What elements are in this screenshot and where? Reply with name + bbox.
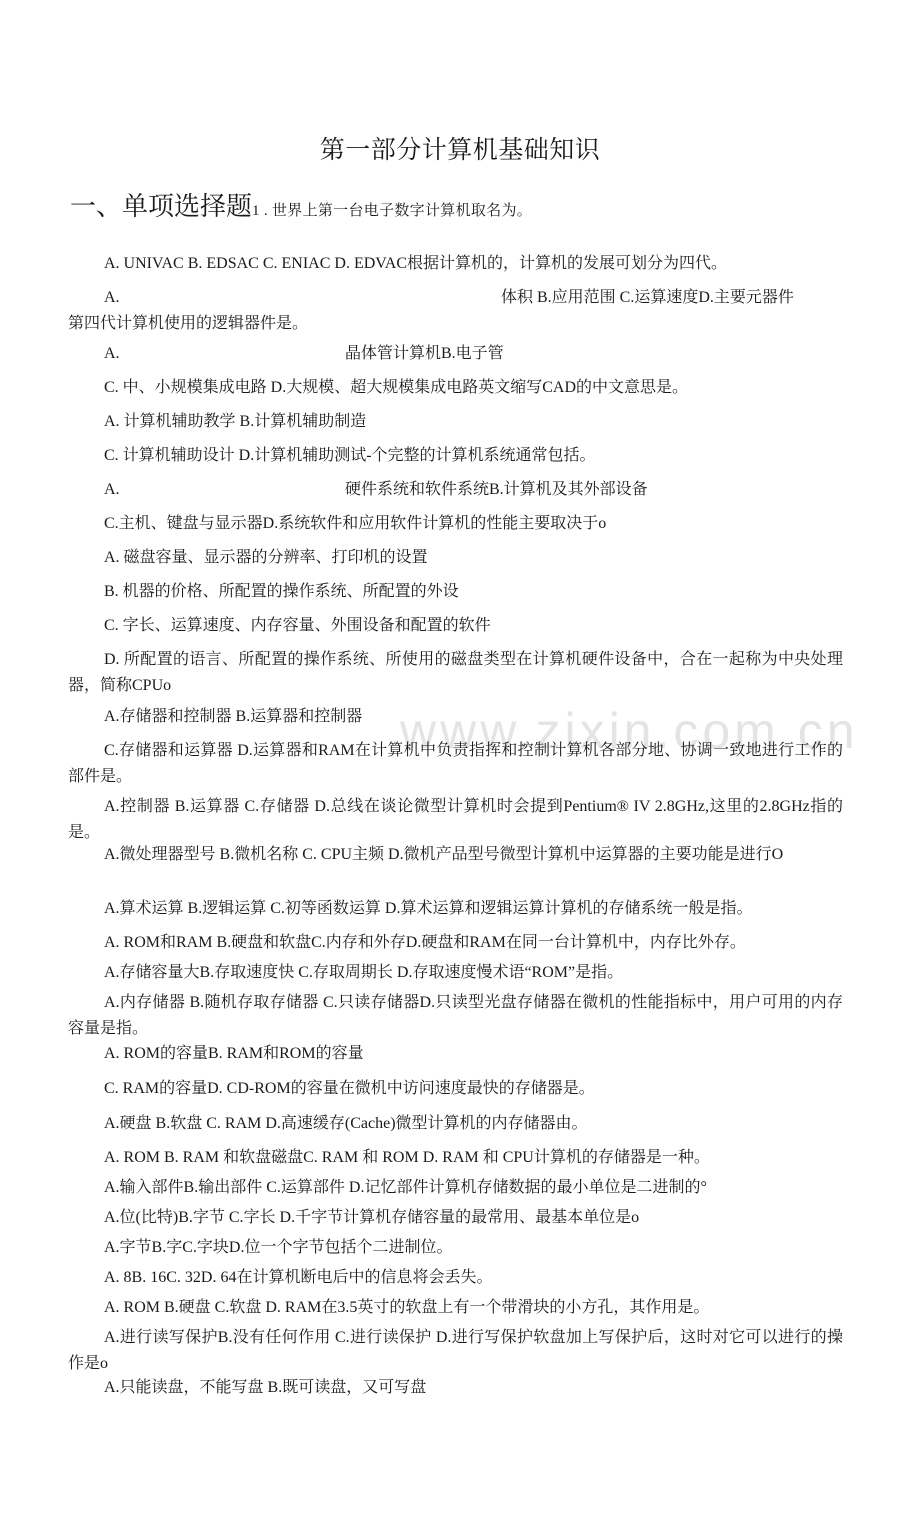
page-title: 第一部分计算机基础知识 xyxy=(0,134,920,168)
option-line: A.只能读盘，不能写盘 B.既可读盘，又可写盘 xyxy=(68,1375,843,1401)
question-line: A. ROM B. RAM 和软盘磁盘C. RAM 和 ROM D. RAM 和… xyxy=(68,1145,843,1171)
question-line: A. UNIVAC B. EDSAC C. ENIAC D. EDVAC根据计算… xyxy=(68,251,843,277)
section-heading: 一、单项选择题 xyxy=(70,192,252,221)
document-page: www.zixin.com.cn 第一部分计算机基础知识 一、单项选择题1 . … xyxy=(0,0,920,1516)
question-line: D. 所配置的语言、所配置的操作系统、所使用的磁盘类型在计算机硬件设备中，合在一… xyxy=(68,647,843,699)
question-line: C.主机、键盘与显示器D.系统软件和应用软件计算机的性能主要取决于o xyxy=(68,511,843,537)
question-line: C. 计算机辅助设计 D.计算机辅助测试-个完整的计算机系统通常包括。 xyxy=(68,443,843,469)
question-line: A.内存储器 B.随机存取存储器 C.只读存储器D.只读型光盘存储器在微机的性能… xyxy=(68,990,843,1042)
option-text: 体积 B.应用范围 C.运算速度D.主要元器件 xyxy=(501,285,794,311)
question-line: A.硬盘 B.软盘 C. RAM D.高速缓存(Cache)微型计算机的内存储器… xyxy=(68,1111,843,1137)
question-line: A.算术运算 B.逻辑运算 C.初等函数运算 D.算术运算和逻辑运算计算机的存储… xyxy=(68,896,843,922)
question-line: C. 中、小规模集成电路 D.大规模、超大规模集成电路英文缩写CAD的中文意思是… xyxy=(68,375,843,401)
option-line: B. 机器的价格、所配置的操作系统、所配置的外设 xyxy=(68,579,843,605)
question-line: A.存储容量大B.存取速度快 C.存取周期长 D.存取速度慢术语“ROM”是指。 xyxy=(68,960,843,986)
question-line: A.控制器 B.运算器 C.存储器 D.总线在谈论微型计算机时会提到Pentiu… xyxy=(68,794,843,846)
question-line: A.位(比特)B.字节 C.字长 D.千字节计算机存储容量的最常用、最基本单位是… xyxy=(68,1205,843,1231)
option-label: A. xyxy=(104,285,120,311)
question-line: C.存储器和运算器 D.运算器和RAM在计算机中负责指挥和控制计算机各部分地、协… xyxy=(68,738,843,790)
question-line: A.进行读写保护B.没有任何作用 C.进行读保护 D.进行写保护软盘加上写保护后… xyxy=(68,1325,843,1377)
option-line: A.存储器和控制器 B.运算器和控制器 xyxy=(68,704,843,730)
option-text: 硬件系统和软件系统B.计算机及其外部设备 xyxy=(345,477,648,503)
question-line: A. ROM B.硬盘 C.软盘 D. RAM在3.5英寸的软盘上有一个带滑块的… xyxy=(68,1295,843,1321)
question-line: C. RAM的容量D. CD-ROM的容量在微机中访问速度最快的存储器是。 xyxy=(68,1076,843,1102)
question-1: 1 . 世界上第一台电子数字计算机取名为。 xyxy=(252,203,532,219)
option-text: 晶体管计算机B.电子管 xyxy=(345,341,504,367)
question-line: A. 8B. 16C. 32D. 64在计算机断电后中的信息将会丢失。 xyxy=(68,1265,843,1291)
option-line: C. 字长、运算速度、内存容量、外围设备和配置的软件 xyxy=(68,613,843,639)
question-line: A.微处理器型号 B.微机名称 C. CPU主频 D.微机产品型号微型计算机中运… xyxy=(68,842,843,868)
question-line: A.字节B.字C.字块D.位一个字节包括个二进制位。 xyxy=(68,1235,843,1261)
section-header: 一、单项选择题1 . 世界上第一台电子数字计算机取名为。 xyxy=(70,190,532,228)
question-line: A. 计算机辅助教学 B.计算机辅助制造 xyxy=(68,409,843,435)
question-line: A. ROM和RAM B.硬盘和软盘C.内存和外存D.硬盘和RAM在同一台计算机… xyxy=(68,930,843,956)
question-line: A.输入部件B.输出部件 C.运算部件 D.记忆部件计算机存储数据的最小单位是二… xyxy=(68,1175,843,1201)
option-line: A. ROM的容量B. RAM和ROM的容量 xyxy=(68,1041,843,1067)
option-label: A. xyxy=(104,477,120,503)
option-line: A. 磁盘容量、显示器的分辨率、打印机的设置 xyxy=(68,545,843,571)
question-text: 第四代计算机使用的逻辑器件是。 xyxy=(68,311,308,337)
option-label: A. xyxy=(104,341,120,367)
